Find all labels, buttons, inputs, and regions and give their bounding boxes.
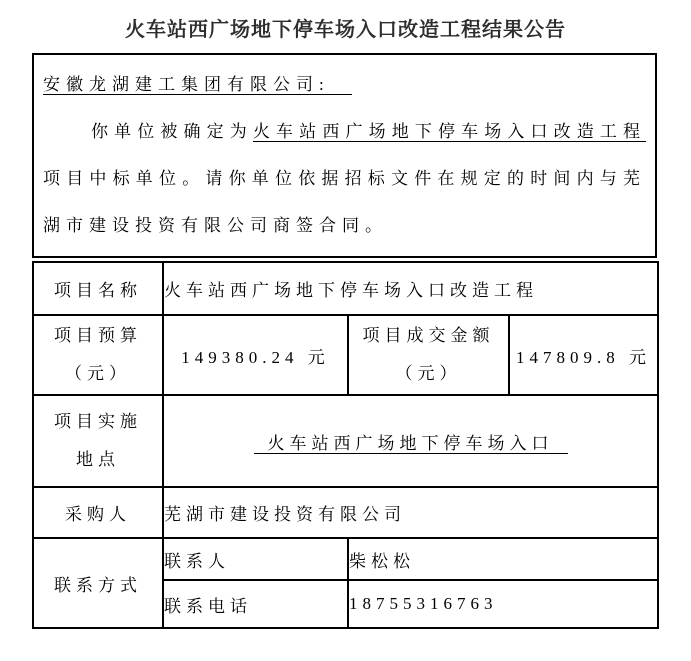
- project-budget-label: 项目预算 （元）: [33, 315, 163, 395]
- table-row-project-name: 项目名称 火车站西广场地下停车场入口改造工程: [33, 262, 658, 315]
- project-budget-label-line1: 项目预算: [34, 317, 162, 355]
- notice-salutation: 安徽龙湖建工集团有限公司:: [43, 61, 646, 108]
- contact-phone-label: 联系电话: [163, 580, 348, 628]
- deal-amount-label-line1: 项目成交金额: [349, 317, 508, 355]
- deal-amount-label-line2: （元）: [349, 355, 508, 393]
- contact-person-value: 柴松松: [348, 538, 658, 580]
- purchaser-label: 采购人: [33, 487, 163, 538]
- deal-amount-value: 147809.8 元: [509, 315, 658, 395]
- table-row-amounts: 项目预算 （元） 149380.24 元 项目成交金额 （元） 147809.8…: [33, 315, 658, 395]
- notice-body-prefix: 你单位被确定为: [91, 122, 253, 141]
- notice-body-suffix: 项目中标单位。请你单位依据招标文件在规定的时间内与芜湖市建设投资有限公司商签合同…: [43, 169, 646, 235]
- location-value-cell: 火车站西广场地下停车场入口: [163, 395, 658, 487]
- location-label: 项目实施 地点: [33, 395, 163, 487]
- document-body: 安徽龙湖建工集团有限公司: 你单位被确定为火车站西广场地下停车场入口改造工程项目…: [32, 53, 657, 629]
- location-label-line2: 地点: [34, 441, 162, 479]
- page-title: 火车站西广场地下停车场入口改造工程结果公告: [0, 13, 691, 42]
- notice-body-project-name-underlined: 火车站西广场地下停车场入口改造工程: [253, 122, 646, 142]
- contact-person-label: 联系人: [163, 538, 348, 580]
- location-label-line1: 项目实施: [34, 403, 162, 441]
- contact-phone-value: 18755316763: [348, 580, 658, 628]
- project-info-table: 项目名称 火车站西广场地下停车场入口改造工程 项目预算 （元） 149380.2…: [32, 261, 659, 629]
- deal-amount-label: 项目成交金额 （元）: [348, 315, 509, 395]
- project-name-value: 火车站西广场地下停车场入口改造工程: [163, 262, 658, 315]
- location-value: 火车站西广场地下停车场入口: [254, 434, 568, 454]
- purchaser-value: 芜湖市建设投资有限公司: [163, 487, 658, 538]
- notice-box: 安徽龙湖建工集团有限公司: 你单位被确定为火车站西广场地下停车场入口改造工程项目…: [32, 53, 657, 258]
- notice-salutation-text: 安徽龙湖建工集团有限公司:: [43, 75, 352, 95]
- table-row-purchaser: 采购人 芜湖市建设投资有限公司: [33, 487, 658, 538]
- table-row-location: 项目实施 地点 火车站西广场地下停车场入口: [33, 395, 658, 487]
- project-budget-label-line2: （元）: [34, 355, 162, 393]
- project-name-label: 项目名称: [33, 262, 163, 315]
- contact-group-label: 联系方式: [33, 538, 163, 628]
- notice-paragraph: 你单位被确定为火车站西广场地下停车场入口改造工程项目中标单位。请你单位依据招标文…: [43, 108, 646, 249]
- table-row-contact-person: 联系方式 联系人 柴松松: [33, 538, 658, 580]
- project-budget-value: 149380.24 元: [163, 315, 348, 395]
